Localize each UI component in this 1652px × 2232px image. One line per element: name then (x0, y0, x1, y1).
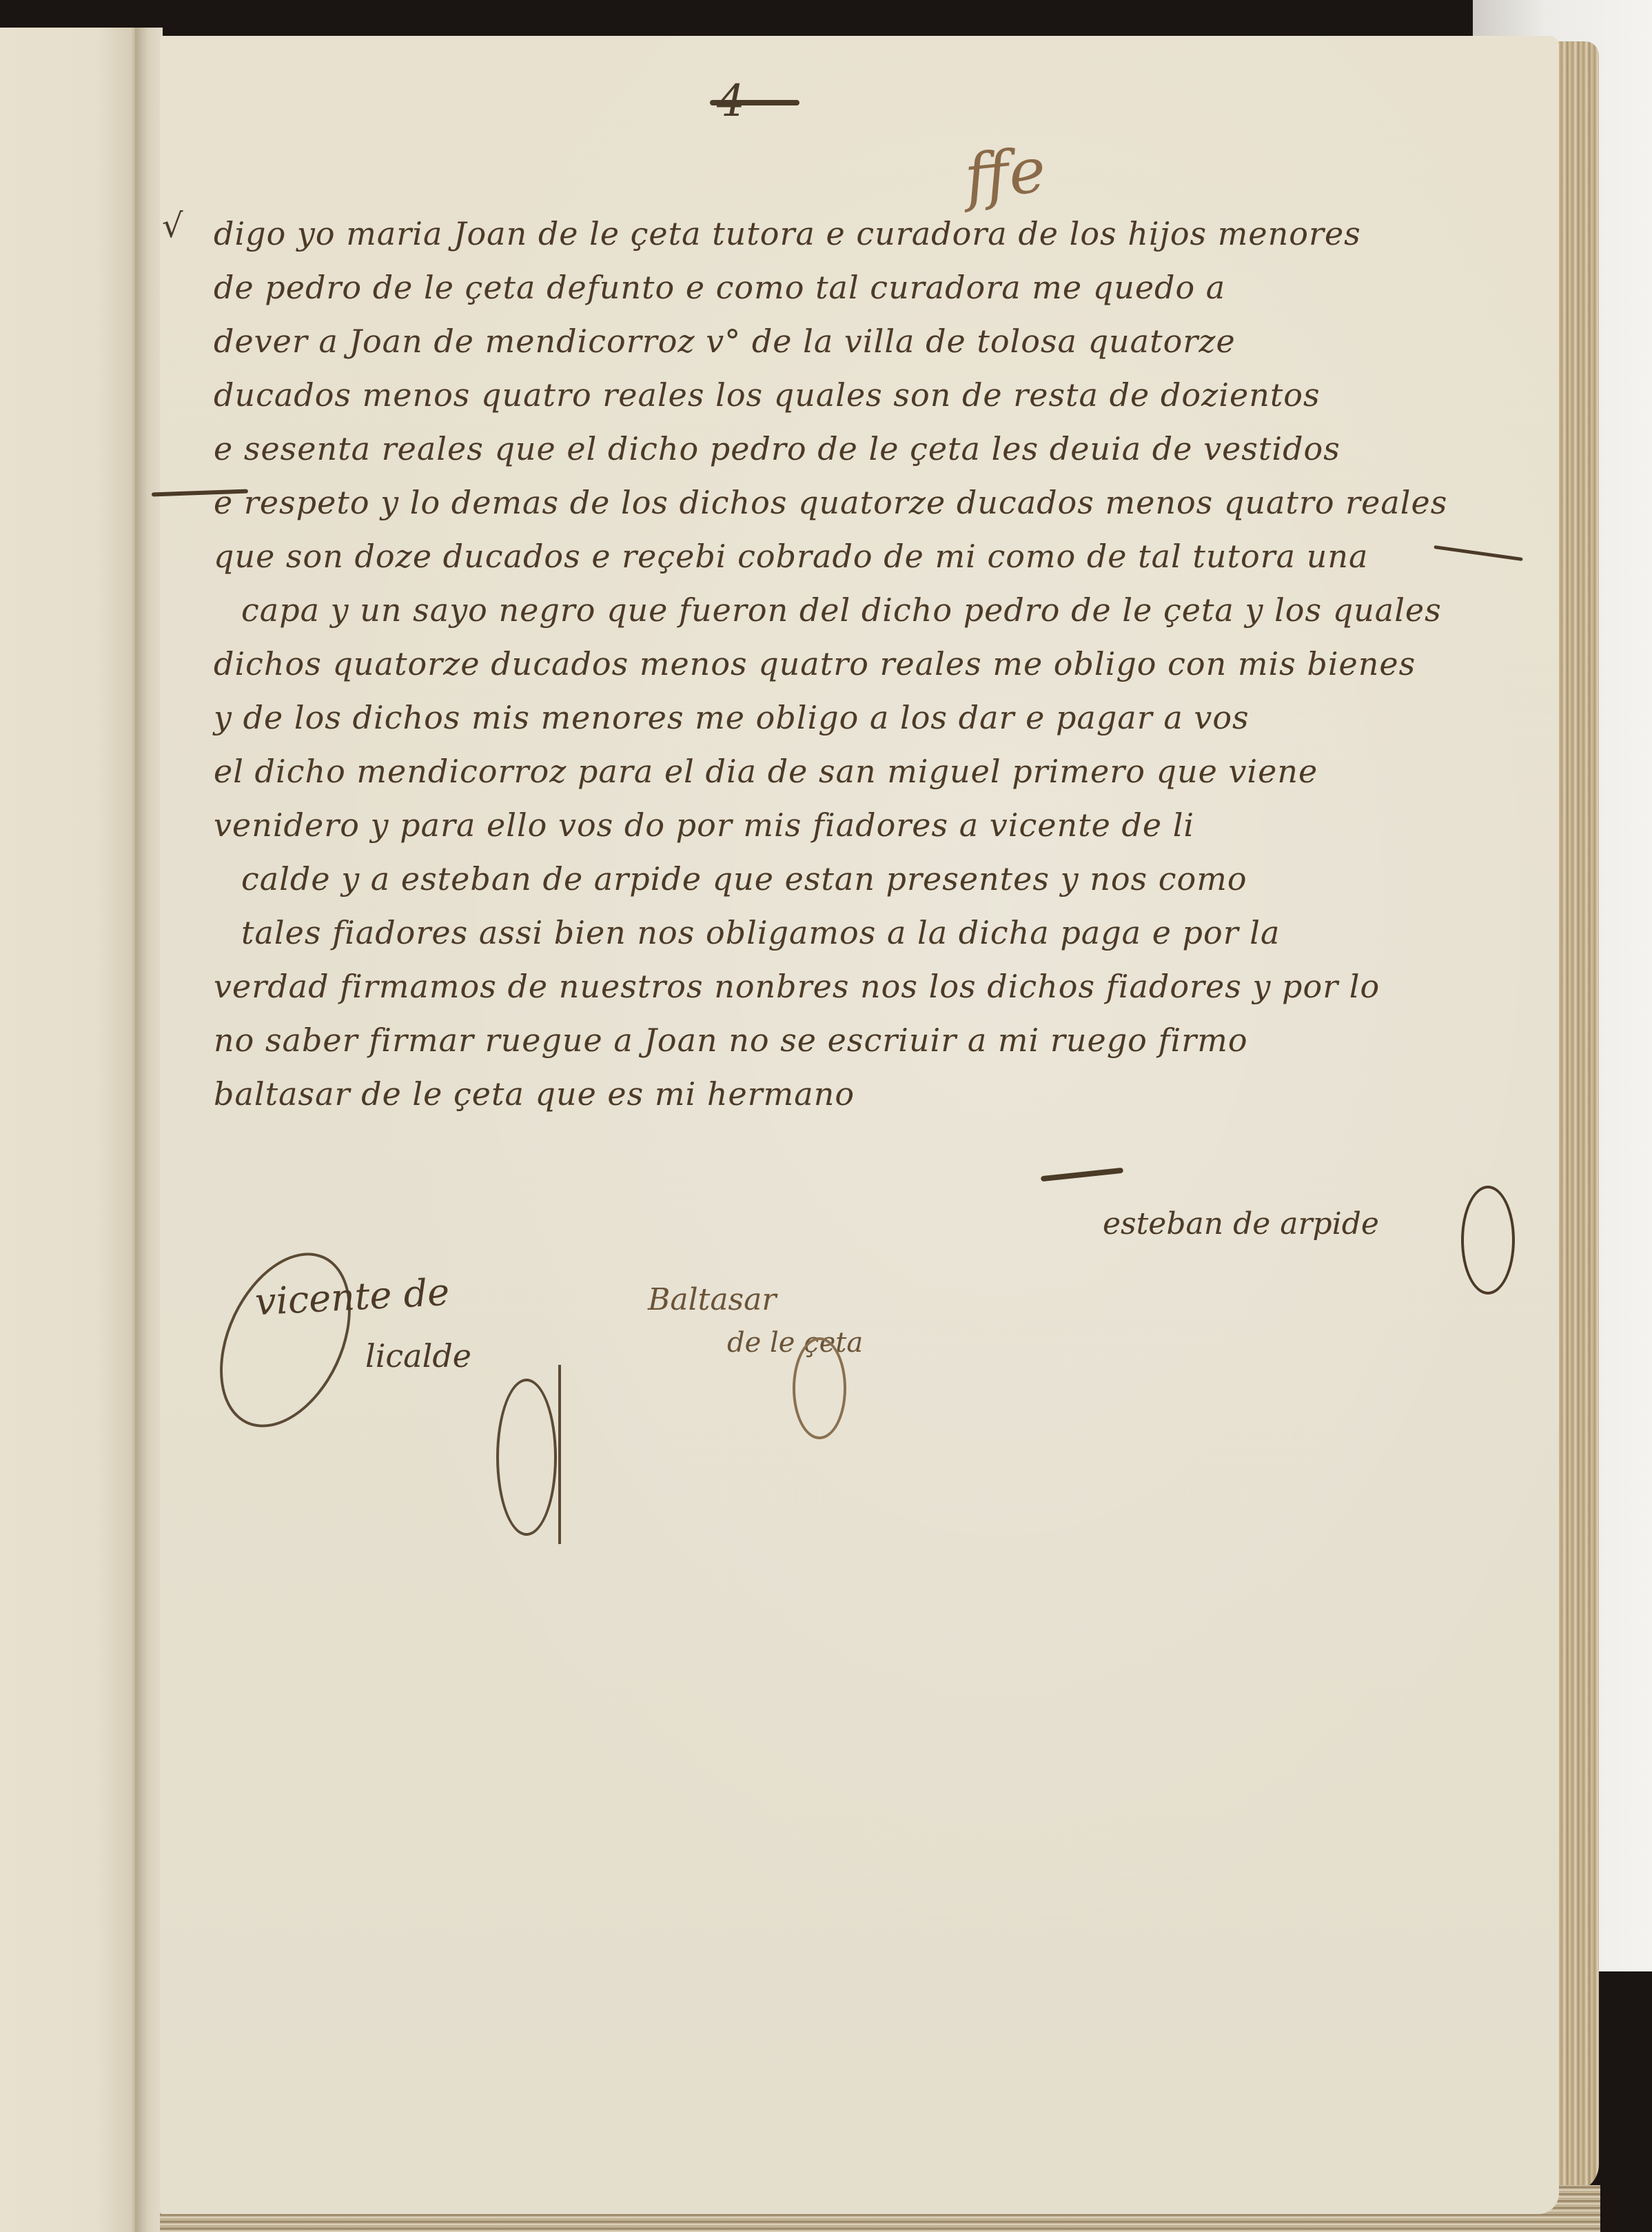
check-mark-icon: √ (162, 207, 183, 245)
binding-gutter (135, 28, 163, 2232)
signature-baltasar-line2: de le çeta (727, 1327, 863, 1359)
rubric-flourish (1461, 1186, 1515, 1295)
rubric-flourish (793, 1337, 846, 1439)
text-line: e sesenta reales que el dicho pedro de l… (214, 422, 1496, 476)
manuscript-body: digo yo maria Joan de le çeta tutora e c… (214, 207, 1496, 1121)
rubric-stroke (558, 1365, 561, 1544)
text-line: ducados menos quatro reales los quales s… (214, 368, 1496, 422)
text-line: y de los dichos mis menores me obligo a … (214, 691, 1496, 744)
signature-vicente-line2: licalde (365, 1337, 471, 1374)
text-line: verdad firmamos de nuestros nonbres nos … (214, 960, 1496, 1013)
rubric-flourish (496, 1379, 557, 1536)
text-line: dichos quatorze ducados menos quatro rea… (214, 637, 1496, 691)
text-line: digo yo maria Joan de le çeta tutora e c… (214, 207, 1496, 261)
marginal-annotation: ffe (961, 134, 1049, 214)
text-line: el dicho mendicorroz para el dia de san … (214, 744, 1496, 798)
text-line: capa y un sayo negro que fueron del dich… (214, 583, 1496, 637)
text-line: baltasar de le çeta que es mi hermano (214, 1067, 1496, 1121)
signature-esteban-de-arpide: esteban de arpide (1103, 1206, 1379, 1241)
text-line: dever a Joan de mendicorroz v° de la vil… (214, 314, 1496, 368)
folio-underline (710, 100, 799, 105)
text-line: e respeto y lo demas de los dichos quato… (214, 476, 1496, 529)
text-line: tales fiadores assi bien nos obligamos a… (214, 906, 1496, 960)
left-page (0, 28, 138, 2232)
text-line: que son doze ducados e reçebi cobrado de… (214, 529, 1496, 583)
text-line: de pedro de le çeta defunto e como tal c… (214, 261, 1496, 314)
text-line: venidero y para ello vos do por mis fiad… (214, 798, 1496, 852)
signature-baltasar-line1: Baltasar (648, 1282, 776, 1317)
text-line: calde y a esteban de arpide que estan pr… (214, 852, 1496, 906)
text-line: no saber firmar ruegue a Joan no se escr… (214, 1013, 1496, 1067)
